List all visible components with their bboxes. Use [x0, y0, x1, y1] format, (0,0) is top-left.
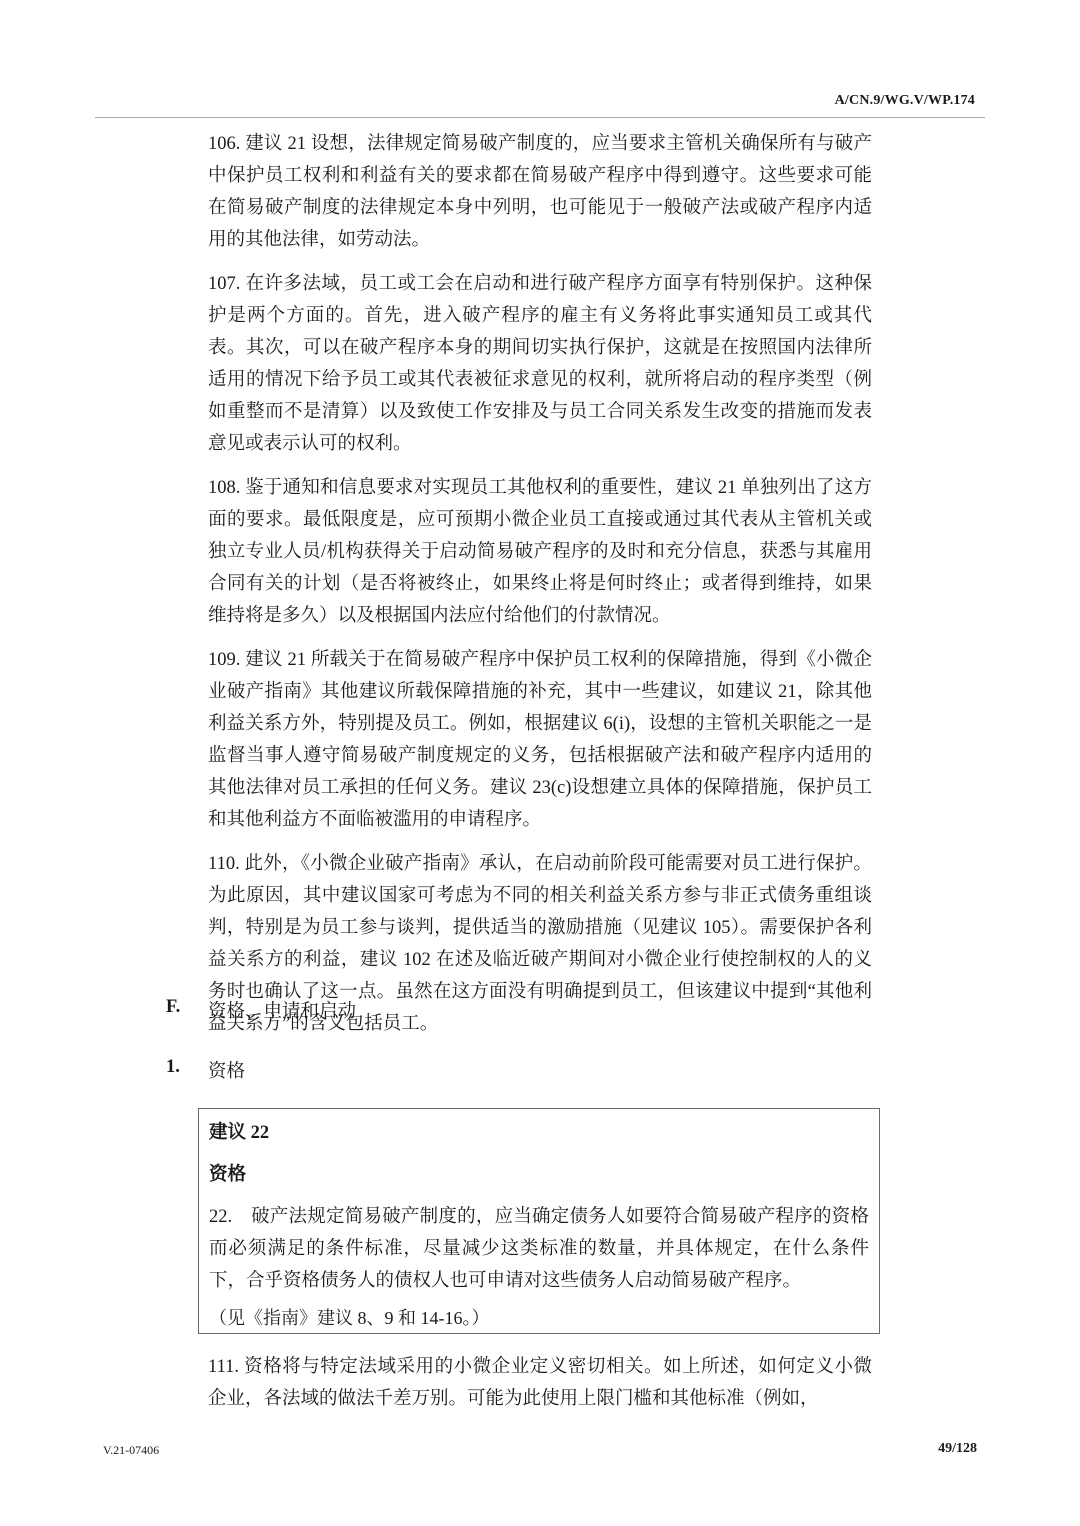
subsection-title: 资格	[208, 1057, 245, 1083]
section-title: 资格、申请和启动	[208, 997, 356, 1023]
page-number: 49/128	[938, 1441, 977, 1457]
recommendation-reference: （见《指南》建议 8、9 和 14-16。）	[209, 1303, 869, 1333]
recommendation-title: 建议 22	[209, 1119, 869, 1147]
recommendation-box: 建议 22 资格 22. 破产法规定简易破产制度的，应当确定债务人如要符合简易破…	[198, 1108, 880, 1334]
section-number: F.	[166, 997, 208, 1023]
recommendation-text: 22. 破产法规定简易破产制度的，应当确定债务人如要符合简易破产程序的资格而必须…	[209, 1201, 869, 1297]
recommendation-subtitle: 资格	[209, 1161, 869, 1189]
job-number: V.21-07406	[103, 1443, 159, 1458]
paragraph-108: 108. 鉴于通知和信息要求对实现员工其他权利的重要性，建议 21 单独列出了这…	[208, 472, 872, 632]
section-heading: F. 资格、申请和启动	[166, 997, 356, 1023]
paragraph-106: 106. 建议 21 设想，法律规定简易破产制度的，应当要求主管机关确保所有与破…	[208, 128, 872, 256]
document-symbol: A/CN.9/WG.V/WP.174	[835, 93, 975, 109]
subsection-heading: 1. 资格	[166, 1057, 245, 1083]
paragraph-111: 111. 资格将与特定法域采用的小微企业定义密切相关。如上所述，如何定义小微企业…	[208, 1351, 872, 1415]
paragraph-107: 107. 在许多法域，员工或工会在启动和进行破产程序方面享有特别保护。这种保护是…	[208, 268, 872, 460]
document-body: 106. 建议 21 设想，法律规定简易破产制度的，应当要求主管机关确保所有与破…	[208, 128, 872, 1052]
paragraph-109: 109. 建议 21 所载关于在简易破产程序中保护员工权利的保障措施，得到《小微…	[208, 644, 872, 836]
subsection-number: 1.	[166, 1057, 208, 1083]
header-divider	[95, 117, 985, 118]
